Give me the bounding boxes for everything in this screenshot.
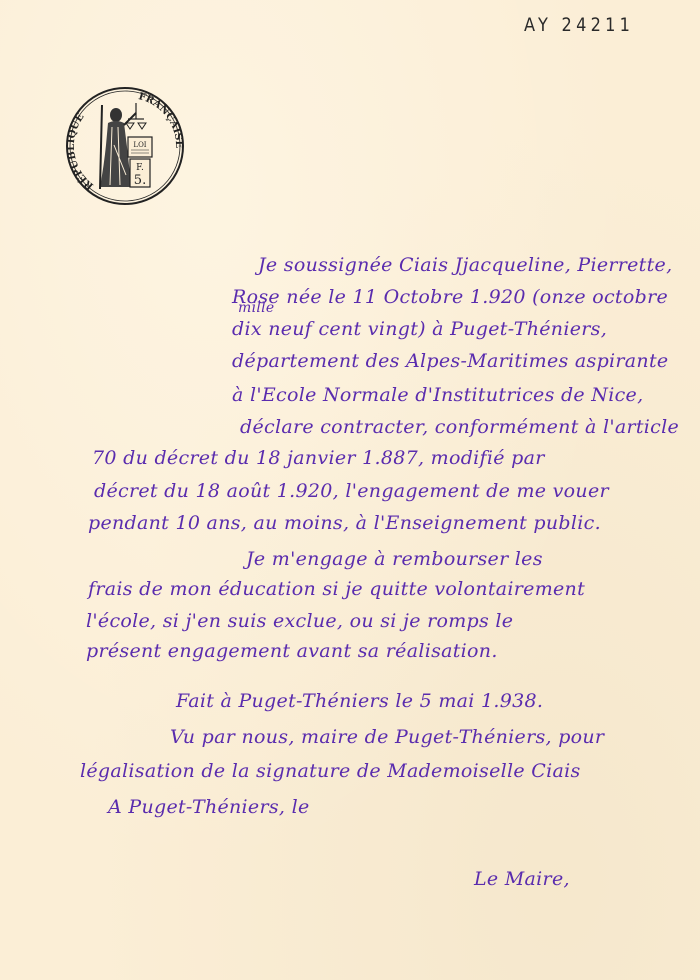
text-line-2: Rose née le 11 Octobre 1.920 (onze octob… — [232, 286, 668, 308]
serial-number: AY 24211 — [524, 14, 634, 36]
text-line-date: Fait à Puget-Théniers le 5 mai 1.938. — [176, 690, 543, 712]
text-line-3: dix neuf cent vingt) à Puget-Théniers, — [232, 318, 607, 340]
text-line-mayor-3: A Puget-Théniers, le — [108, 796, 310, 818]
mayor-signature-label: Le Maire, — [474, 868, 570, 890]
text-line-12: l'école, si j'en suis exclue, ou si je r… — [86, 610, 513, 632]
text-line-10: Je m'engage à rembourser les — [246, 548, 543, 570]
text-line-6: déclare contracter, conformément à l'art… — [240, 416, 679, 438]
text-line-insertion: mille — [238, 300, 275, 316]
svg-text:F.: F. — [136, 163, 144, 173]
text-line-9: pendant 10 ans, au moins, à l'Enseigneme… — [88, 512, 601, 534]
text-line-mayor-2: légalisation de la signature de Mademois… — [80, 760, 581, 782]
stamp-tablet-label: LOI — [133, 141, 146, 149]
fiscal-stamp-icon: RÉPUBLIQUE FRANÇAISE LOI F. 5. — [64, 85, 186, 207]
text-line-mayor-1: Vu par nous, maire de Puget-Théniers, po… — [170, 726, 604, 748]
svg-text:5.: 5. — [134, 173, 146, 188]
text-line-5: à l'Ecole Normale d'Institutrices de Nic… — [232, 384, 643, 406]
text-line-7: 70 du décret du 18 janvier 1.887, modifi… — [92, 447, 545, 469]
text-line-1: Je soussignée Ciais Jjacqueline, Pierret… — [258, 254, 672, 276]
text-line-8: décret du 18 août 1.920, l'engagement de… — [94, 480, 609, 502]
text-line-13: présent engagement avant sa réalisation. — [86, 640, 498, 662]
text-line-11: frais de mon éducation si je quitte volo… — [88, 578, 585, 600]
text-line-4: département des Alpes-Maritimes aspirant… — [232, 350, 668, 372]
